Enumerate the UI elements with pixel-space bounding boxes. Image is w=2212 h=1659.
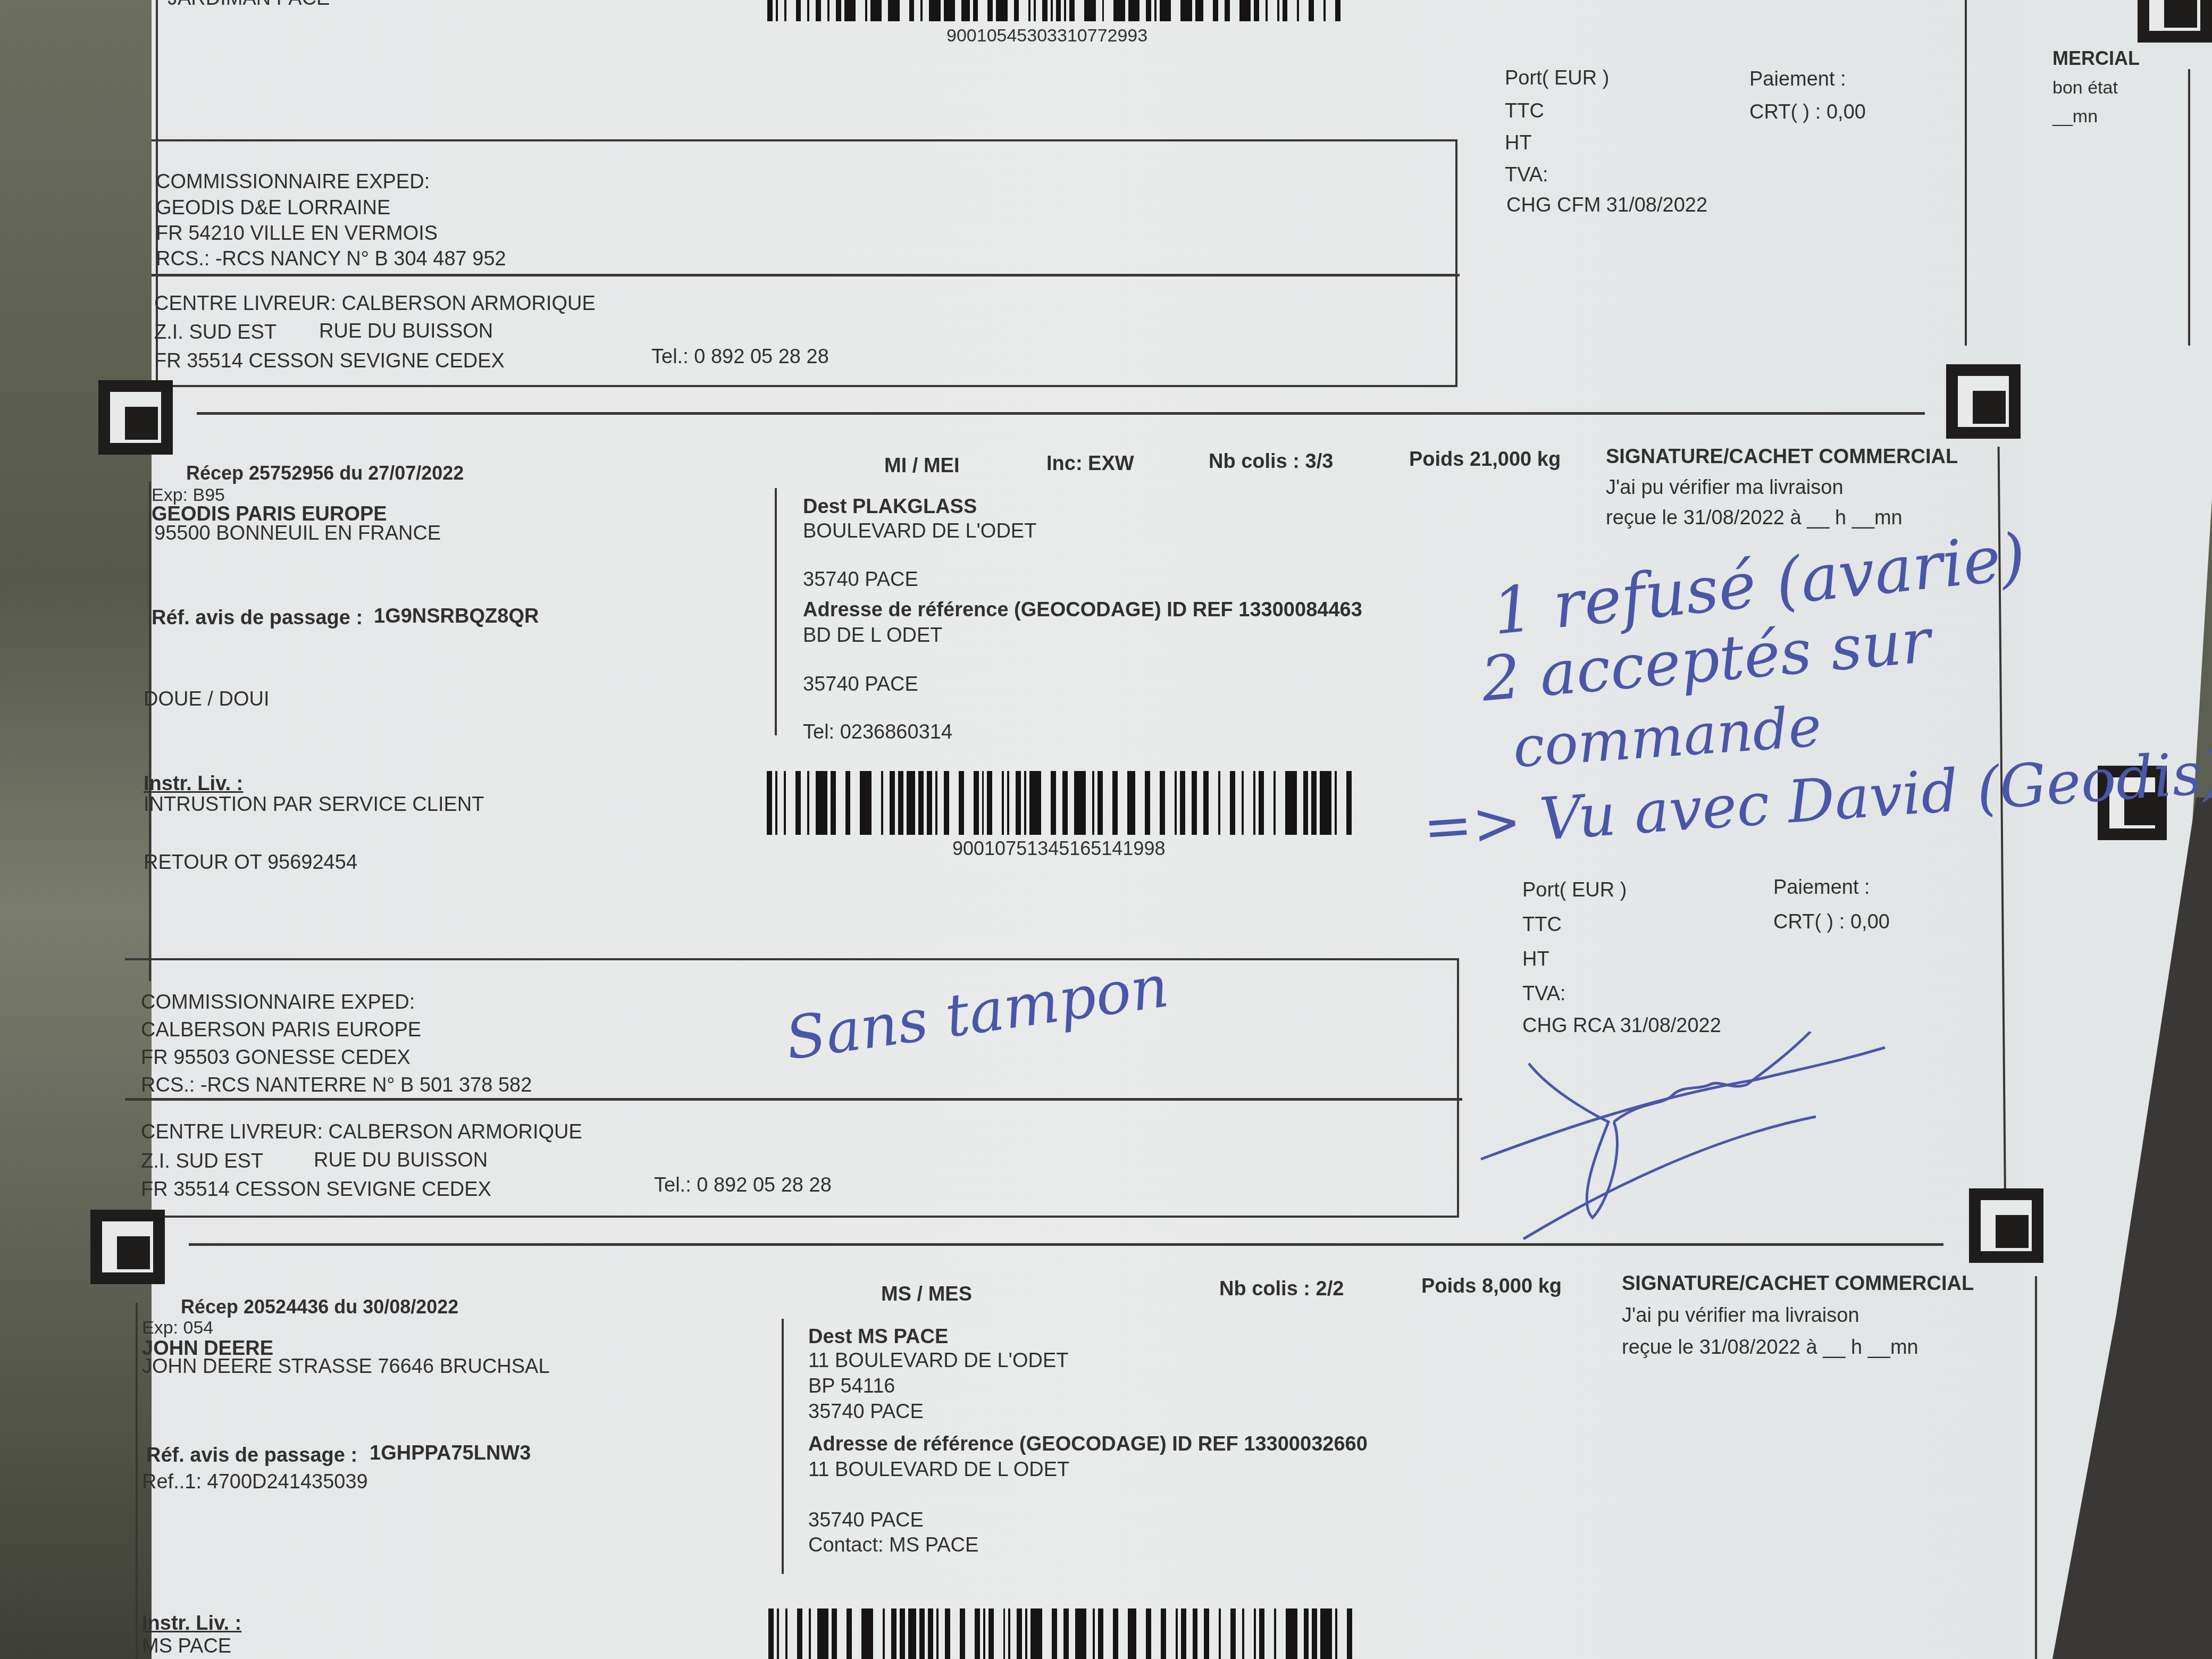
barcode-bar	[1052, 1608, 1057, 1659]
barcode-bar	[1128, 0, 1139, 21]
barcode-bar	[988, 1608, 994, 1659]
barcode-bar	[1030, 1608, 1042, 1659]
dest-street: BOULEVARD DE L'ODET	[803, 521, 1036, 541]
barcode-bar	[1051, 0, 1053, 21]
signature-title: SIGNATURE/CACHET COMMERCIAL	[1622, 1273, 1974, 1294]
nb-colis: Nb colis : 2/2	[1219, 1279, 1344, 1299]
barcode-bar	[1102, 0, 1104, 21]
signature-line2: reçue le 31/08/2022 à __ h __mn	[1622, 1337, 1918, 1358]
barcode-bar	[959, 771, 964, 835]
commissionnaire-city: FR 54210 VILLE EN VERMOIS	[156, 223, 438, 244]
barcode-bar	[1180, 0, 1192, 21]
barcode-bar	[767, 771, 772, 835]
barcode-bar	[1335, 0, 1340, 21]
section-border	[136, 1303, 138, 1659]
exp-address: JOHN DEERE STRASSE 76646 BRUCHSAL	[142, 1356, 550, 1377]
barcode-bar	[1192, 771, 1197, 835]
barcode-bar	[776, 0, 778, 21]
centre-livreur-city: FR 35514 CESSON SEVIGNE CEDEX	[141, 1179, 491, 1200]
barcode-bar	[1213, 0, 1218, 21]
barcode-bar	[973, 0, 978, 21]
paiement-crt: CRT( ) : 0,00	[1773, 912, 1890, 932]
centre-livreur-label: CENTRE LIVREUR: CALBERSON ARMORIQUE	[154, 294, 596, 314]
centre-livreur-street: RUE DU BUISSON	[314, 1150, 488, 1170]
barcode-bar	[847, 1608, 852, 1659]
barcode-bar	[1014, 0, 1019, 21]
barcode	[767, 0, 1347, 21]
barcode-bar	[827, 0, 829, 21]
barcode-bar	[1003, 1608, 1006, 1659]
section-border	[149, 481, 151, 981]
doue-doui: DOUE / DOUI	[144, 689, 269, 709]
barcode-bar	[1180, 771, 1185, 835]
paiement-label: Paiement :	[1773, 877, 1870, 898]
barcode-bar	[1069, 0, 1075, 21]
barcode-bar	[961, 0, 970, 21]
barcode-bar	[1017, 1608, 1022, 1659]
barcode-bar	[974, 771, 979, 835]
barcode-bar	[1062, 771, 1068, 835]
background-surface	[0, 0, 154, 1659]
barcode-bar	[1024, 771, 1026, 835]
registration-marker	[1969, 1188, 2043, 1263]
geocodage-city: 35740 PACE	[808, 1510, 924, 1530]
barcode-bar	[795, 771, 801, 835]
barcode-bar	[1254, 0, 1259, 21]
barcode-bar	[1274, 1608, 1276, 1659]
geocodage-label: Adresse de référence (GEOCODAGE) ID REF …	[808, 1434, 1368, 1454]
centre-livreur-tel: Tel.: 0 892 05 28 28	[654, 1175, 832, 1195]
barcode-bar	[1051, 771, 1056, 835]
barcode-bar	[1242, 771, 1244, 835]
barcode-bar	[1093, 1608, 1095, 1659]
barcode-bar	[1146, 0, 1151, 21]
barcode-bar	[1225, 0, 1230, 21]
barcode-bar	[975, 1608, 980, 1659]
signature-title: SIGNATURE/CACHET COMMERCIAL	[1606, 447, 1958, 467]
barcode-bar	[797, 1608, 802, 1659]
centre-livreur-street: RUE DU BUISSON	[319, 321, 493, 341]
geocodage-street: BD DE L ODET	[803, 625, 943, 646]
back-sheet-line2: __mn	[2052, 107, 2098, 125]
barcode-bar	[996, 0, 1007, 21]
barcode-bar	[1254, 1608, 1256, 1659]
barcode-bar	[1074, 771, 1086, 835]
barcode-bar	[945, 1608, 950, 1659]
barcode-bar	[845, 771, 851, 835]
barcode-bar	[816, 771, 827, 835]
barcode-bar	[1286, 1608, 1297, 1659]
barcode-bar	[1219, 1608, 1221, 1659]
barcode-bar	[807, 771, 809, 835]
instr-label: Instr. Liv. :	[144, 774, 243, 794]
registration-marker	[2138, 0, 2212, 43]
barcode-bar	[785, 1608, 787, 1659]
commissionnaire-label: COMMISSIONNAIRE EXPED:	[156, 172, 430, 192]
barcode-bar	[944, 0, 955, 21]
exp-city: 95500 BONNEUIL EN FRANCE	[154, 523, 441, 543]
barcode-bar	[1320, 1608, 1332, 1659]
barcode-bar	[1064, 0, 1066, 21]
instr-value: INTRUSTION PAR SERVICE CLIENT	[144, 794, 484, 815]
barcode-bar	[891, 1608, 896, 1659]
barcode-bar	[1176, 1608, 1178, 1659]
dest-city: 35740 PACE	[803, 569, 918, 590]
geocodage-street: 11 BOULEVARD DE L ODET	[808, 1460, 1069, 1480]
handwritten-signature	[1470, 1032, 2002, 1255]
port-ht: HT	[1505, 133, 1532, 153]
barcode-bar	[1128, 1608, 1136, 1659]
barcode-bar	[1113, 0, 1125, 21]
dest-name: Dest MS PACE	[808, 1327, 948, 1347]
port-ttc: TTC	[1505, 101, 1544, 121]
barcode-bar	[881, 771, 883, 835]
barcode-bar	[1253, 771, 1255, 835]
barcode-bar	[1239, 0, 1251, 21]
barcode-number: 90010545303310772993	[946, 27, 1147, 45]
barcode-bar	[1320, 771, 1331, 835]
barcode-bar	[1175, 771, 1177, 835]
barcode-bar	[784, 0, 786, 21]
barcode-bar	[908, 1608, 917, 1659]
barcode-bar	[1312, 1608, 1317, 1659]
centre-livreur-tel: Tel.: 0 892 05 28 28	[651, 347, 829, 367]
barcode-bar	[1161, 1608, 1166, 1659]
ref-avis-value: 1GHPPA75LNW3	[370, 1443, 531, 1463]
barcode-bar	[809, 1608, 811, 1659]
barcode-bar	[1084, 0, 1095, 21]
barcode-bar	[1259, 1608, 1264, 1659]
barcode-bar	[1273, 771, 1276, 835]
barcode-bar	[944, 771, 949, 835]
barcode-bar	[929, 0, 940, 21]
poids: Poids 8,000 kg	[1421, 1276, 1562, 1296]
poids: Poids 21,000 kg	[1409, 449, 1561, 470]
port-label: Port( EUR )	[1505, 68, 1609, 88]
barcode-bar	[900, 1608, 905, 1659]
port-tva: TVA:	[1522, 984, 1566, 1004]
recep-header: Récep 25752956 du 27/07/2022	[186, 464, 464, 483]
barcode-bar	[1230, 771, 1235, 835]
registration-marker	[98, 380, 173, 455]
barcode-bar	[1028, 0, 1030, 21]
port-tva: TVA:	[1505, 165, 1548, 185]
barcode-bar	[1335, 771, 1337, 835]
registration-marker	[1946, 364, 2021, 439]
barcode-bar	[865, 0, 867, 21]
barcode-bar	[927, 771, 932, 835]
signature-column-divider	[2035, 1276, 2037, 1659]
ref-avis-value: 1G9NSRBQZ8QR	[374, 606, 539, 626]
barcode-bar	[768, 1608, 774, 1659]
dest-column-divider	[775, 488, 777, 735]
barcode-bar	[1145, 771, 1150, 835]
barcode-bar	[1277, 0, 1279, 21]
delivery-slip-paper: JARDIMAN PACE 90010545303310772993 Port(…	[152, 0, 2023, 1659]
barcode-bar	[1195, 0, 1204, 21]
barcode-bar	[796, 0, 801, 21]
barcode	[768, 1608, 1359, 1659]
retour-ot: RETOUR OT 95692454	[144, 852, 357, 873]
barcode-bar	[1218, 771, 1220, 835]
barcode-bar	[1335, 1608, 1337, 1659]
ref-avis-label: Réf. avis de passage :	[152, 608, 363, 628]
exp-code: Exp: 054	[142, 1319, 213, 1337]
geocodage-city: 35740 PACE	[803, 674, 918, 694]
dest-bp: BP 54116	[808, 1376, 895, 1396]
barcode-bar	[1002, 771, 1004, 835]
registration-marker	[90, 1210, 165, 1284]
barcode-number: 90010751345165141998	[952, 839, 1165, 858]
barcode-bar	[919, 1608, 925, 1659]
barcode-bar	[907, 771, 915, 835]
geocodage-label: Adresse de référence (GEOCODAGE) ID REF …	[803, 600, 1362, 620]
contact: Contact: MS PACE	[808, 1535, 978, 1555]
box-divider	[125, 1098, 1462, 1101]
barcode-bar	[936, 1608, 939, 1659]
barcode-bar	[1007, 771, 1009, 835]
barcode-bar	[1242, 1608, 1244, 1659]
barcode	[767, 771, 1358, 835]
barcode-bar	[1092, 771, 1094, 835]
barcode-bar	[987, 0, 993, 21]
barcode-bar	[920, 0, 923, 21]
barcode-bar	[918, 771, 924, 835]
barcode-bar	[1056, 0, 1061, 21]
barcode-bar	[1025, 1608, 1027, 1659]
back-sheet-divider	[2188, 69, 2190, 346]
port-ht: HT	[1522, 949, 1549, 969]
barcode-bar	[784, 771, 786, 835]
barcode-bar	[777, 1608, 779, 1659]
barcode-bar	[1154, 0, 1157, 21]
barcode-bar	[1259, 771, 1264, 835]
commissionnaire-name: GEODIS D&E LORRAINE	[156, 198, 390, 218]
barcode-bar	[1063, 1608, 1069, 1659]
instr-value: MS PACE	[142, 1636, 231, 1656]
barcode-bar	[883, 1608, 885, 1659]
barcode-bar	[1193, 1608, 1198, 1659]
signature-line2: reçue le 31/08/2022 à __ h __mn	[1606, 508, 1903, 528]
signature-line1: J'ai pu vérifier ma livraison	[1622, 1305, 1859, 1326]
barcode-bar	[861, 1608, 873, 1659]
dest-name: Dest PLAKGLASS	[803, 497, 977, 517]
recep-header: Récep 20524436 du 30/08/2022	[181, 1297, 458, 1317]
dest-tel: Tel: 0236860314	[803, 722, 952, 742]
barcode-bar	[1098, 1608, 1103, 1659]
barcode-bar	[1309, 0, 1314, 21]
barcode-bar	[890, 771, 895, 835]
ref1: Ref..1: 4700D241435039	[142, 1472, 368, 1492]
exp-code: Exp: B95	[152, 486, 225, 504]
section-separator	[189, 1243, 1943, 1246]
exp-name: GEODIS PARIS EUROPE	[152, 504, 387, 524]
commissionnaire-name: CALBERSON PARIS EUROPE	[141, 1020, 421, 1040]
barcode-bar	[1230, 1608, 1236, 1659]
nb-colis: Nb colis : 3/3	[1209, 451, 1333, 472]
commissionnaire-rcs: RCS.: -RCS NANCY N° B 304 487 952	[156, 249, 506, 269]
mode-label: MS / MES	[881, 1284, 972, 1304]
centre-livreur-zone: Z.I. SUD EST	[141, 1151, 263, 1171]
cutoff-text: JARDIMAN PACE	[167, 0, 330, 9]
barcode-bar	[1160, 771, 1165, 835]
barcode-bar	[1323, 0, 1326, 21]
barcode-bar	[1113, 1608, 1118, 1659]
back-sheet-title: MERCIAL	[2052, 49, 2140, 68]
box-divider	[152, 274, 1460, 276]
barcode-bar	[1285, 771, 1297, 835]
commissionnaire-city: FR 95503 GONESSE CEDEX	[141, 1048, 410, 1068]
barcode-bar	[775, 771, 777, 835]
barcode-bar	[960, 1608, 965, 1659]
barcode-bar	[832, 1608, 837, 1659]
barcode-bar	[909, 0, 915, 21]
barcode-bar	[1266, 0, 1268, 21]
barcode-bar	[1311, 771, 1317, 835]
signature-line1: J'ai pu vérifier ma livraison	[1606, 477, 1844, 498]
instr-label: Instr. Liv. :	[142, 1613, 241, 1633]
barcode-bar	[1181, 1608, 1186, 1659]
barcode-bar	[1034, 0, 1036, 21]
barcode-bar	[1303, 771, 1309, 835]
centre-livreur-label: CENTRE LIVREUR: CALBERSON ARMORIQUE	[141, 1122, 582, 1142]
barcode-bar	[928, 1608, 933, 1659]
barcode-bar	[844, 0, 856, 21]
barcode-bar	[1204, 1608, 1209, 1659]
port-chg: CHG CFM 31/08/2022	[1506, 195, 1707, 215]
commissionnaire-label: COMMISSIONNAIRE EXPED:	[141, 992, 415, 1012]
dest-column-divider	[782, 1319, 784, 1574]
barcode-bar	[1097, 771, 1103, 835]
barcode-bar	[1042, 0, 1048, 21]
mode-label: MI / MEI	[884, 456, 959, 476]
dest-city: 35740 PACE	[808, 1402, 924, 1422]
barcode-bar	[1203, 771, 1209, 835]
barcode-bar	[898, 771, 903, 835]
barcode-bar	[1160, 0, 1171, 21]
paiement-label: Paiement :	[1749, 69, 1846, 89]
barcode-bar	[870, 0, 882, 21]
barcode-bar	[1304, 1608, 1309, 1659]
barcode-bar	[816, 0, 821, 21]
barcode-bar	[1347, 1608, 1352, 1659]
port-label: Port( EUR )	[1522, 880, 1627, 900]
incoterm-label: Inc: EXW	[1046, 454, 1134, 474]
barcode-bar	[1297, 0, 1299, 21]
barcode-bar	[888, 0, 899, 21]
barcode-bar	[836, 0, 841, 21]
barcode-bar	[935, 771, 937, 835]
barcode-bar	[987, 771, 992, 835]
barcode-bar	[983, 1608, 985, 1659]
barcode-bar	[1112, 771, 1118, 835]
barcode-bar	[1283, 0, 1288, 21]
barcode-bar	[817, 1608, 829, 1659]
dest-street: 11 BOULEVARD DE L'ODET	[808, 1351, 1068, 1371]
barcode-bar	[1127, 771, 1136, 835]
back-sheet-line1: bon état	[2052, 79, 2118, 97]
barcode-bar	[807, 0, 809, 21]
port-ttc: TTC	[1522, 915, 1562, 935]
barcode-bar	[1346, 771, 1352, 835]
centre-livreur-city: FR 35514 CESSON SEVIGNE CEDEX	[154, 351, 505, 371]
barcode-bar	[860, 771, 872, 835]
barcode-bar	[831, 771, 836, 835]
barcode-bar	[1029, 771, 1041, 835]
barcode-bar	[1075, 1608, 1087, 1659]
barcode-bar	[1008, 1608, 1010, 1659]
ref-avis-label: Réf. avis de passage :	[146, 1445, 357, 1465]
centre-livreur-zone: Z.I. SUD EST	[154, 322, 276, 342]
barcode-bar	[1016, 771, 1021, 835]
section-separator	[197, 412, 1925, 415]
signature-column-divider	[1965, 0, 1967, 346]
barcode-bar	[767, 0, 773, 21]
barcode-bar	[1146, 1608, 1151, 1659]
paiement-crt: CRT( ) : 0,00	[1749, 102, 1866, 122]
commissionnaire-rcs: RCS.: -RCS NANTERRE N° B 501 378 582	[141, 1075, 532, 1095]
barcode-bar	[982, 771, 984, 835]
